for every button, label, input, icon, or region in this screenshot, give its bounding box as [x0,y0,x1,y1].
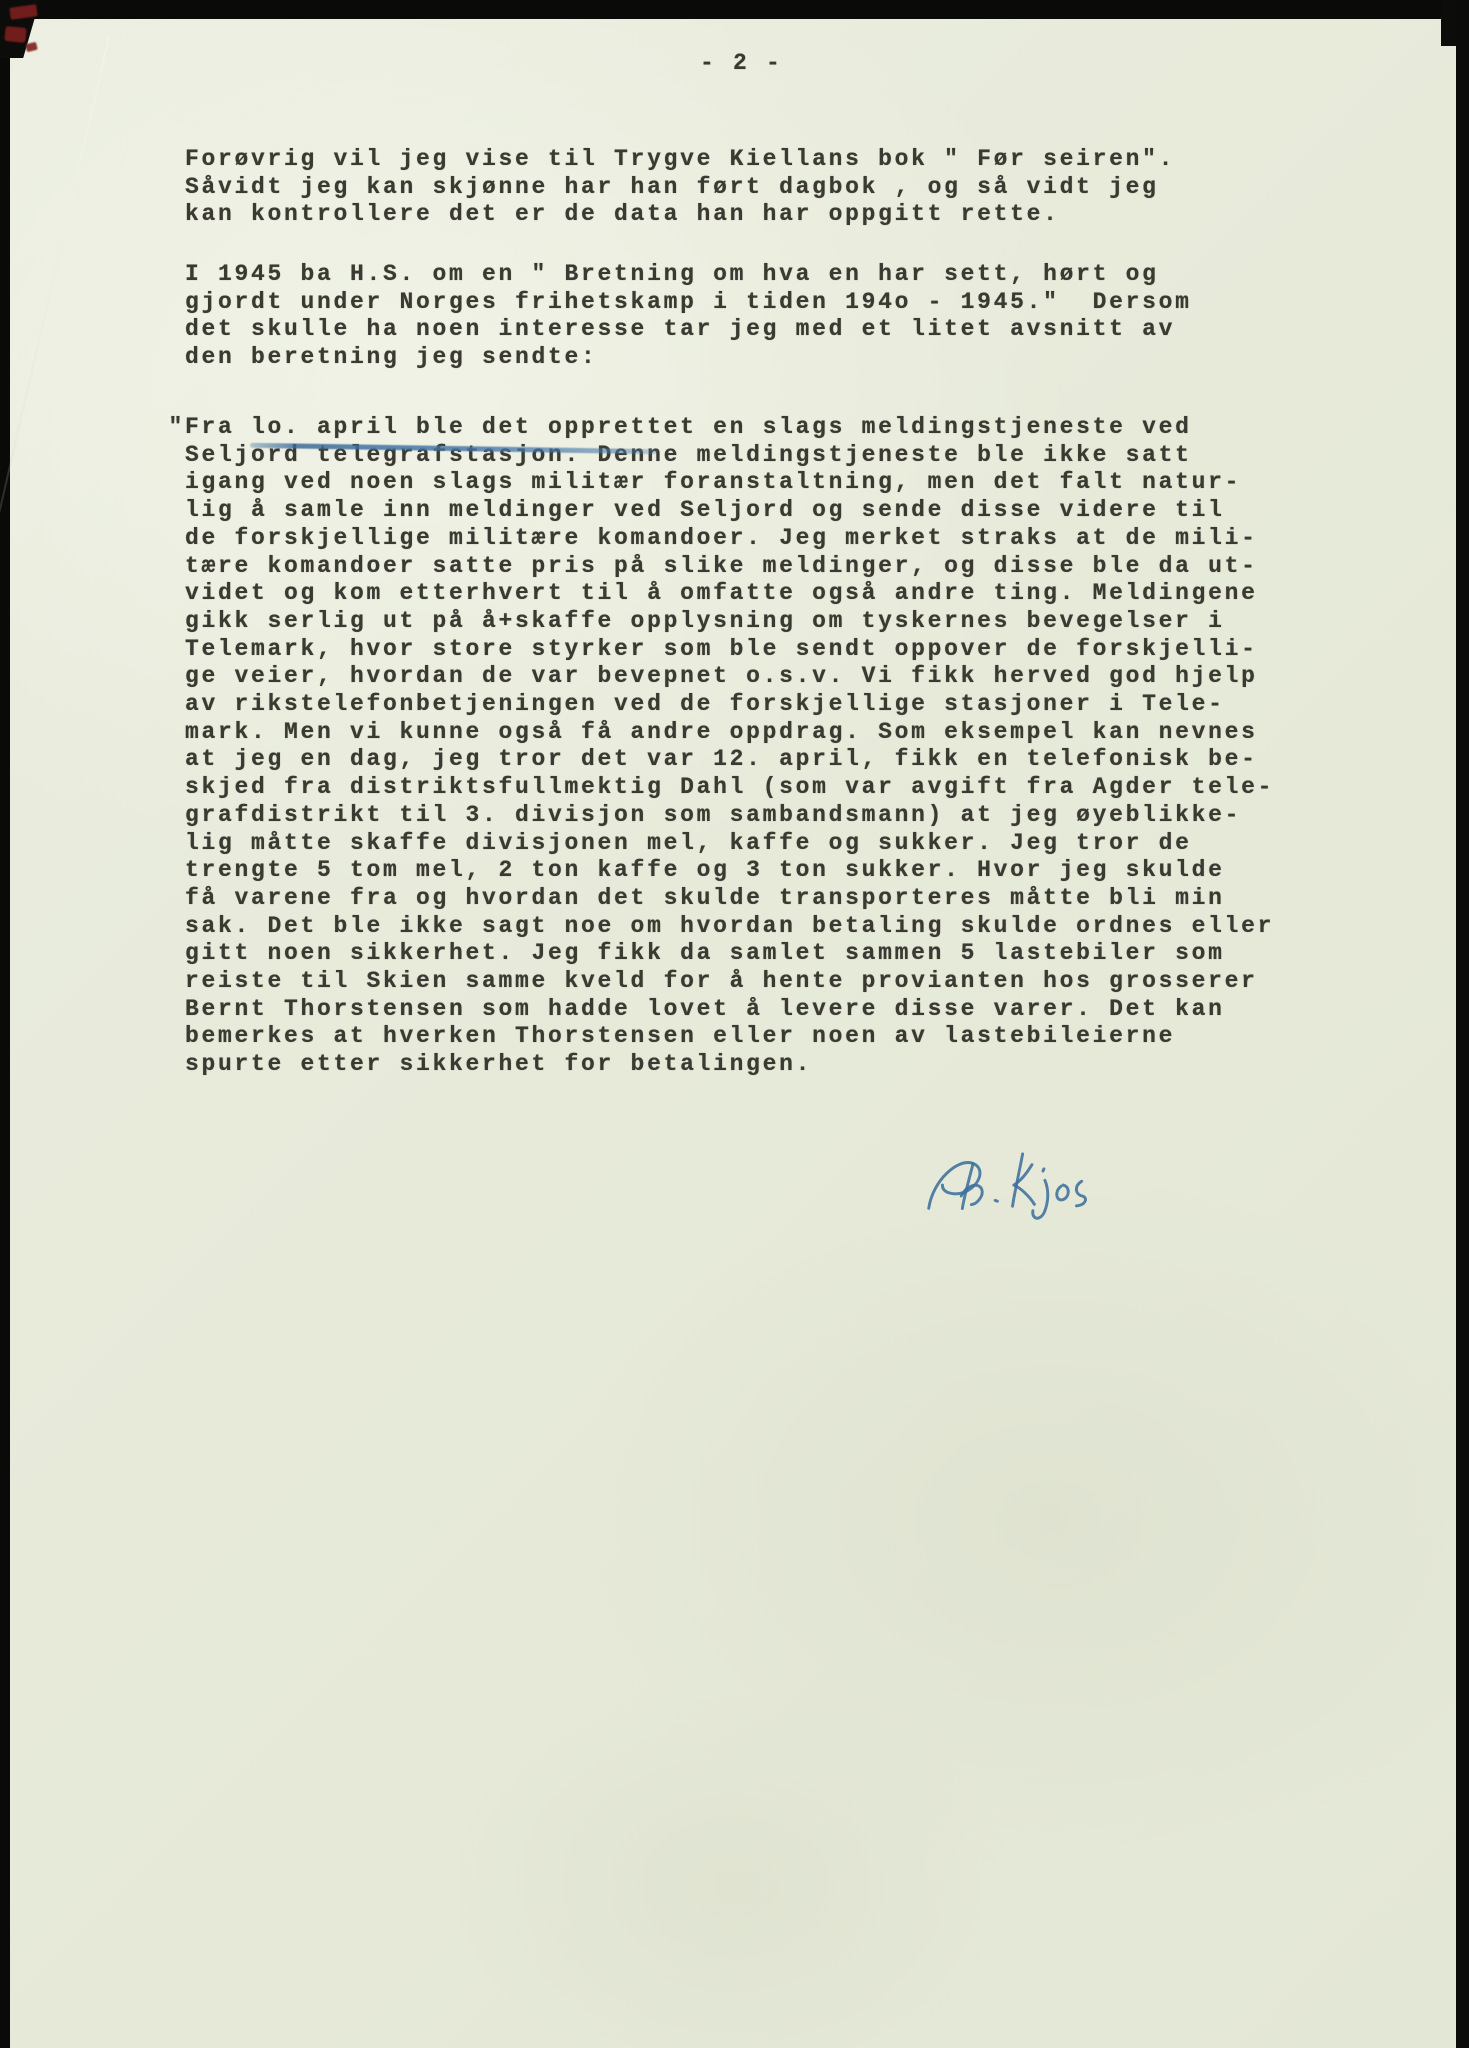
text-line: lig å samle inn meldinger ved Seljord og… [185,497,1274,525]
scanned-document-page: { "page": { "number_label": "- 2 -" }, "… [0,0,1469,2048]
film-edge-red-mark [4,26,26,43]
text-line: Forøvrig vil jeg vise til Trygve Kiellan… [185,146,1175,174]
text-line: trengte 5 tom mel, 2 ton kaffe og 3 ton … [185,857,1274,885]
text-line: få varene fra og hvordan det skulde tran… [185,885,1274,913]
text-line: lig måtte skaffe divisjonen mel, kaffe o… [185,830,1274,858]
paragraph-intro: Forøvrig vil jeg vise til Trygve Kiellan… [185,146,1175,229]
text-line: igang ved noen slags militær foranstaltn… [185,469,1274,497]
text-line: de forskjellige militære komandoer. Jeg … [185,525,1274,553]
paper-sheet: - 2 - Forøvrig vil jeg vise til Trygve K… [10,19,1456,2048]
text-line: tære komandoer satte pris på slike meldi… [185,553,1274,581]
text-line: bemerkes at hverken Thorstensen eller no… [185,1023,1274,1051]
text-line: gitt noen sikkerhet. Jeg fikk da samlet … [185,940,1274,968]
paper-crease [0,37,110,544]
page-number: - 2 - [700,50,783,78]
text-line: sak. Det ble ikke sagt noe om hvordan be… [185,913,1274,941]
text-line: videt og kom etterhvert til å omfatte og… [185,580,1274,608]
text-line: gjordt under Norges frihetskamp i tiden … [185,289,1192,317]
text-line: kan kontrollere det er de data han har o… [185,201,1175,229]
text-line: av rikstelefonbetjeningen ved de forskje… [185,691,1274,719]
text-line: at jeg en dag, jeg tror det var 12. apri… [185,746,1274,774]
page-number-label: - 2 - [700,50,783,78]
text-line: "Fra lo. april ble det opprettet en slag… [169,414,1275,442]
text-line: gikk serlig ut på å+skaffe opplysning om… [185,608,1274,636]
text-line: Såvidt jeg kan skjønne har han ført dagb… [185,174,1175,202]
text-line: Bernt Thorstensen som hadde lovet å leve… [185,996,1274,1024]
text-line: grafdistrikt til 3. divisjon som samband… [185,802,1274,830]
signature-ink-icon [910,1115,1150,1265]
text-line: reiste til Skien samme kveld for å hente… [185,968,1274,996]
scan-edge-right [1456,0,1469,2048]
text-line: Telemark, hvor store styrker som ble sen… [185,636,1274,664]
text-line: mark. Men vi kunne også få andre oppdrag… [185,719,1274,747]
text-line: spurte etter sikkerhet for betalingen. [185,1051,1274,1079]
signature-handwriting: Th. Kjos [910,1115,1150,1265]
text-line: I 1945 ba H.S. om en " Bretning om hva e… [185,261,1192,289]
text-line: skjed fra distriktsfullmektig Dahl (som … [185,774,1274,802]
paragraph-1945-report: I 1945 ba H.S. om en " Bretning om hva e… [185,261,1192,372]
text-line: ge veier, hvordan de var bevepnet o.s.v.… [185,663,1274,691]
paragraph-quoted-account: "Fra lo. april ble det opprettet en slag… [185,414,1274,1079]
text-line: det skulle ha noen interesse tar jeg med… [185,316,1192,344]
text-line: den beretning jeg sendte: [185,344,1192,372]
